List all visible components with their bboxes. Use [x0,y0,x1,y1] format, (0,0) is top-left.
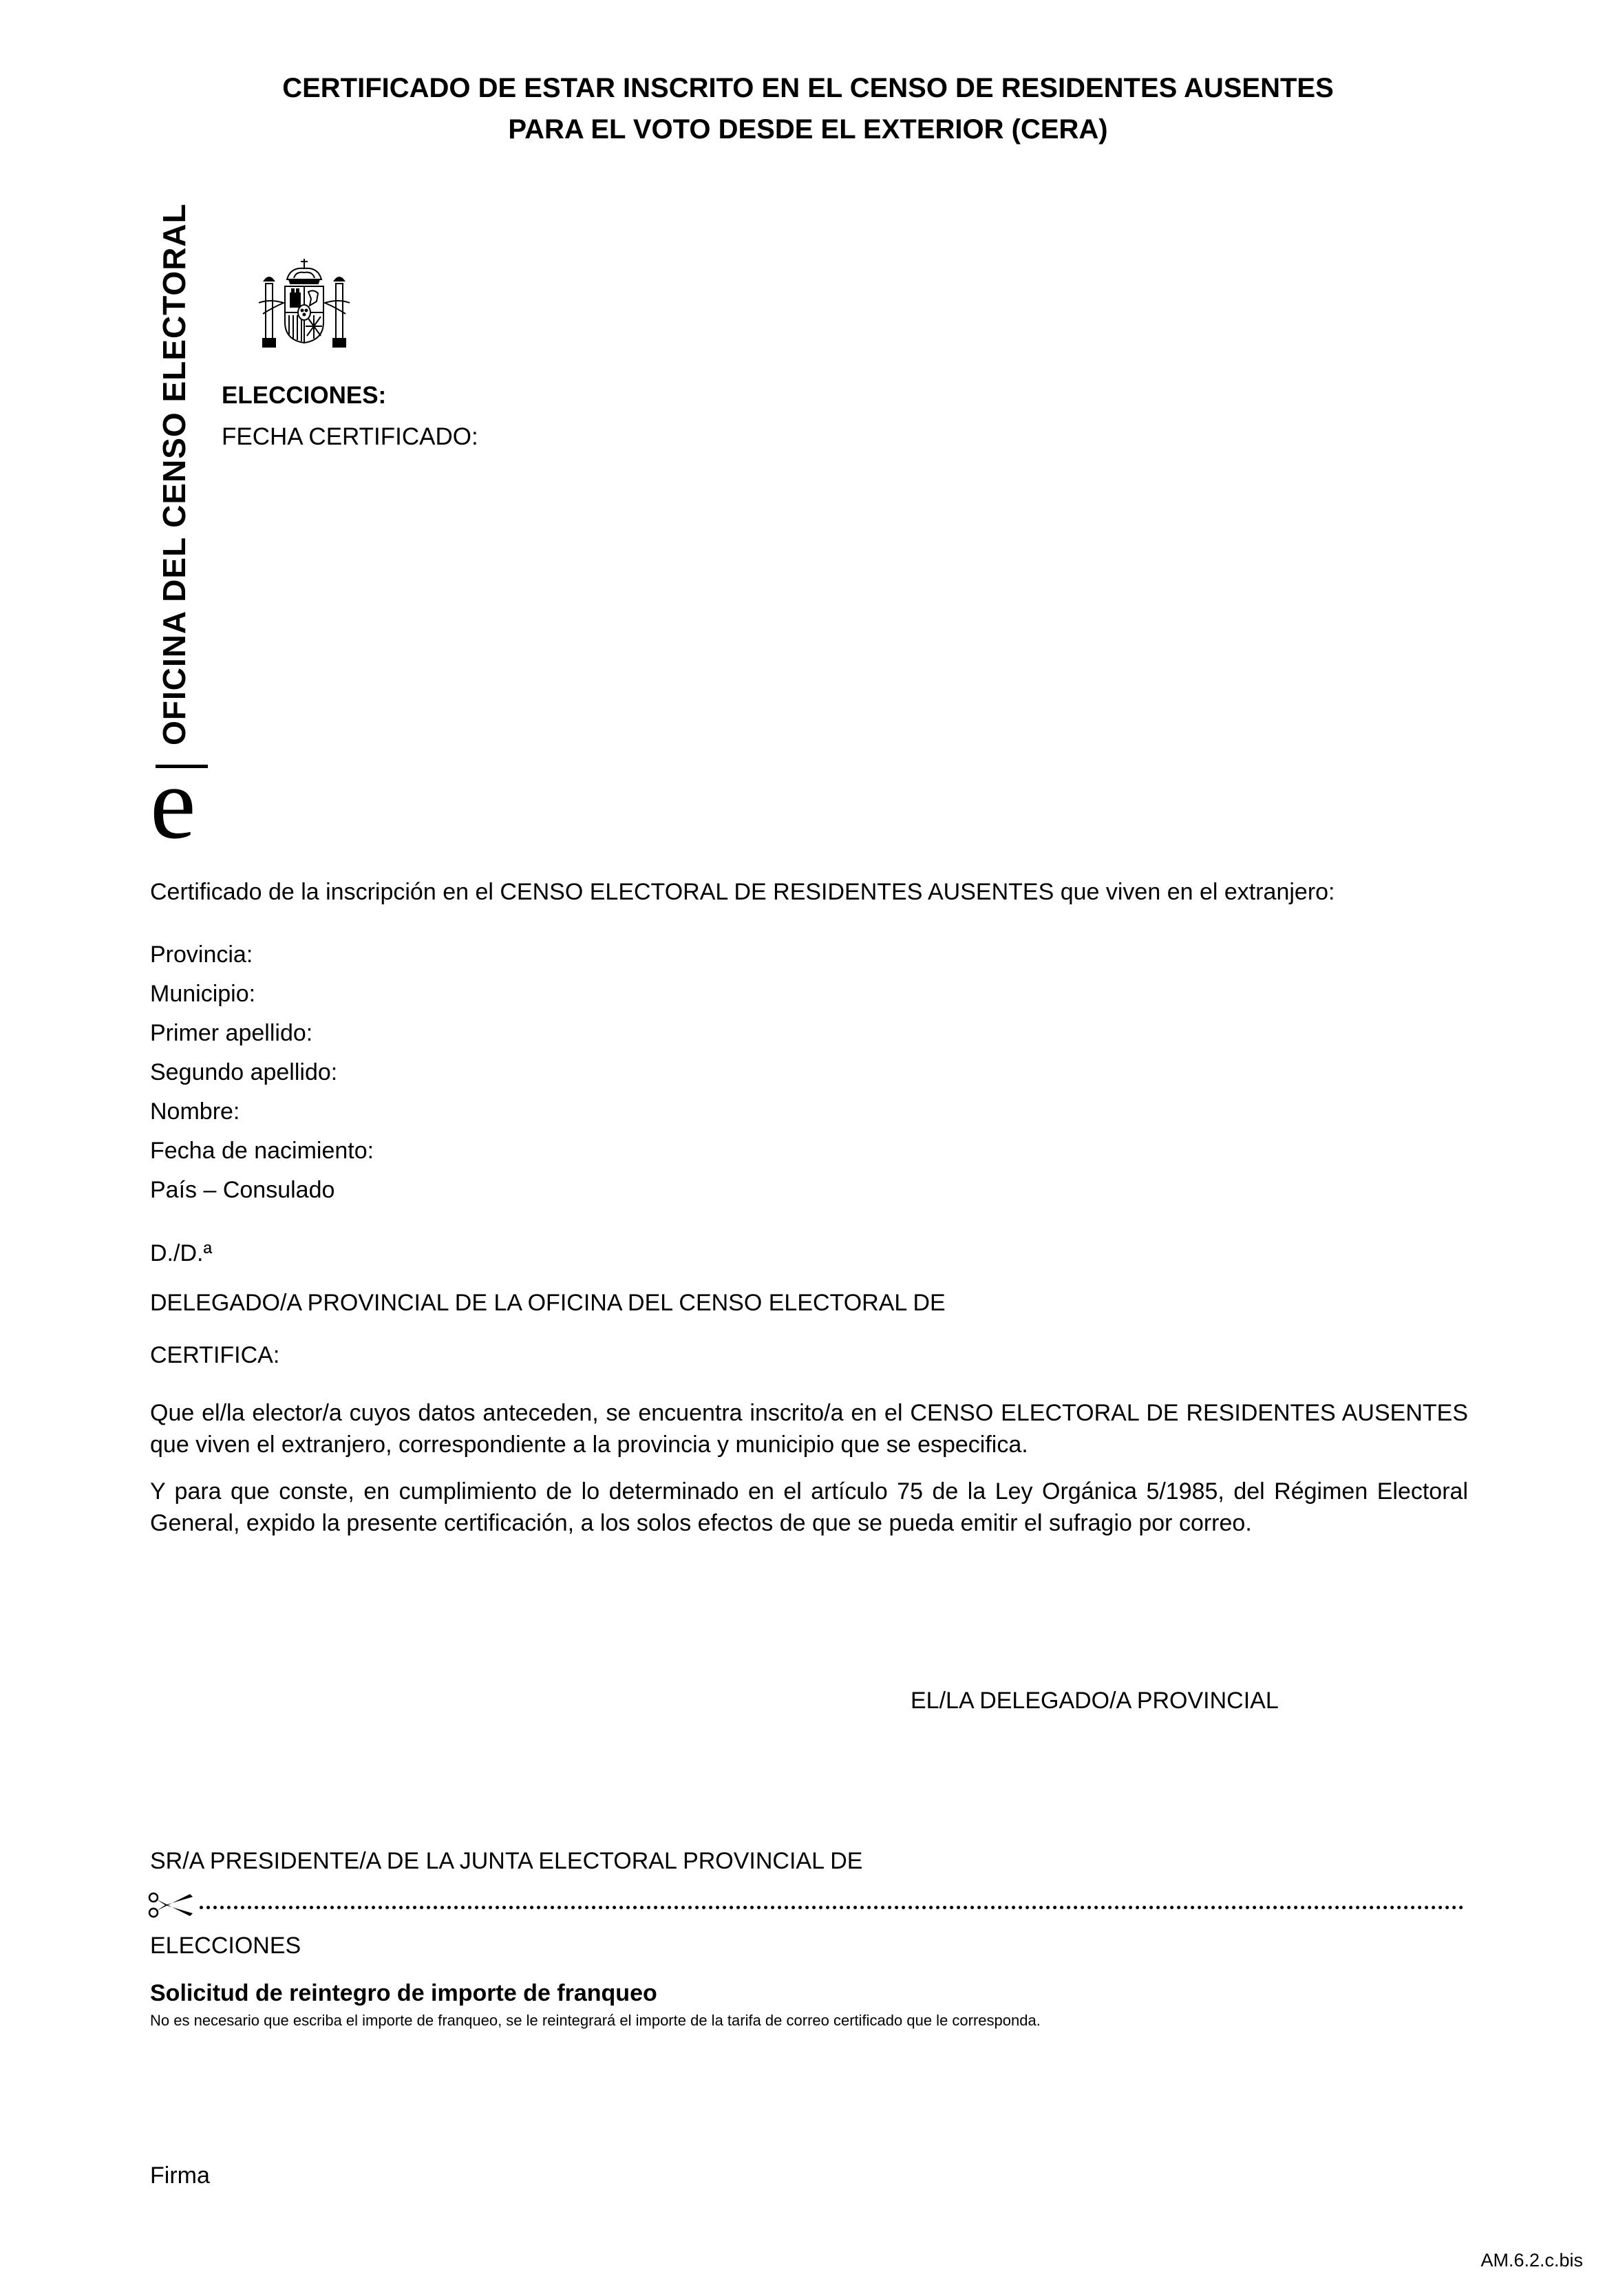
document-title-line1: CERTIFICADO DE ESTAR INSCRITO EN EL CENS… [0,72,1616,105]
field-provincia: Provincia: [150,940,253,969]
certification-paragraph-2: Y para que conste, en cumplimiento de lo… [150,1476,1468,1539]
cut-line [200,1906,1464,1909]
certification-paragraph-1: Que el/la elector/a cuyos datos antecede… [150,1397,1468,1460]
intro-text: Certificado de la inscripción en el CENS… [150,878,1335,906]
slip-elecciones-label: ELECCIONES [150,1931,301,1960]
office-side-label: OFICINA DEL CENSO ELECTORAL [153,203,195,745]
coat-of-arms-icon [256,253,352,350]
firma-label: Firma [150,2161,210,2190]
field-pais-consulado: País – Consulado [150,1176,334,1204]
office-logo-icon: e [150,752,196,855]
field-primer-apellido: Primer apellido: [150,1019,312,1048]
fecha-certificado-label: FECHA CERTIFICADO: [222,423,478,451]
delegado-line: DELEGADO/A PROVINCIAL DE LA OFICINA DEL … [150,1288,946,1317]
certifica-label: CERTIFICA: [150,1341,279,1370]
field-fecha-nacimiento: Fecha de nacimiento: [150,1136,374,1165]
field-nombre: Nombre: [150,1097,240,1126]
slip-note: No es necesario que escriba el importe d… [150,2011,1041,2030]
dd-label: D./D.ª [150,1239,212,1268]
signature-title: EL/LA DELEGADO/A PROVINCIAL [911,1686,1279,1715]
elecciones-label: ELECCIONES: [222,381,386,410]
field-segundo-apellido: Segundo apellido: [150,1058,337,1087]
field-municipio: Municipio: [150,979,255,1008]
addressee-line: SR/A PRESIDENTE/A DE LA JUNTA ELECTORAL … [150,1847,862,1875]
form-code: AM.6.2.c.bis [1480,2249,1583,2271]
scissors-icon [147,1891,195,1919]
slip-heading: Solicitud de reintegro de importe de fra… [150,1979,657,2008]
document-title-line2: PARA EL VOTO DESDE EL EXTERIOR (CERA) [0,113,1616,146]
